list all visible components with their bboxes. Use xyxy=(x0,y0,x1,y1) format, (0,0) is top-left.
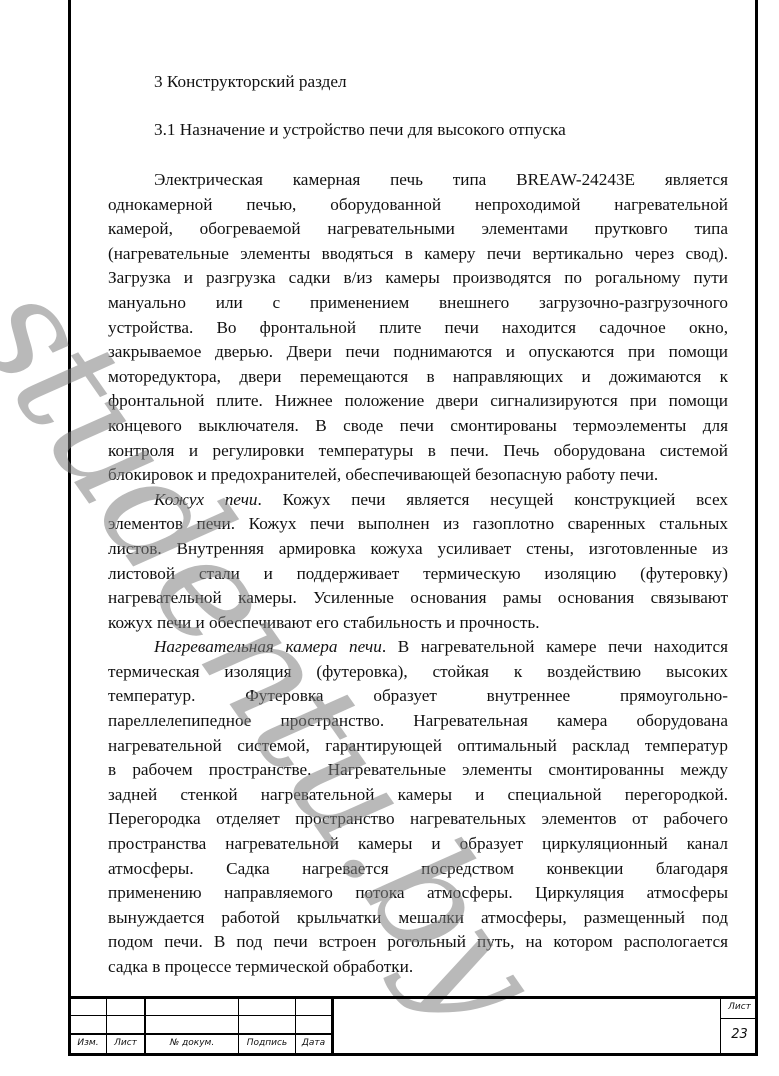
text-line: температур. Футеровка образует внутренне… xyxy=(108,684,728,709)
text-line: применению направляемого потока атмосфер… xyxy=(108,881,728,906)
text-line: садка в процессе термической обработки. xyxy=(108,955,728,980)
text-line: концевого выключателя. В своде печи смон… xyxy=(108,414,728,439)
text-line: листов. Внутренняя армировка кожуха усил… xyxy=(108,537,728,562)
label-sheet: Лист xyxy=(107,1038,144,1048)
text-line: подом печи. В под печи встроен рогольный… xyxy=(108,930,728,955)
frame-border-right xyxy=(755,0,758,1056)
text-line: вынуждается работой крыльчатки мешалки а… xyxy=(108,906,728,931)
text-line: (нагревательные элементы вводяться в кам… xyxy=(108,242,728,267)
text-line: Электрическая камерная печь типа BREAW-2… xyxy=(108,168,728,193)
title-block: Изм. Лист № докум. Подпись Дата Лист 23 xyxy=(68,996,758,1056)
text-line: пространства нагревательной камеры и обр… xyxy=(108,832,728,857)
text-line: фронтальной плите. Нижнее положение двер… xyxy=(108,389,728,414)
text-line: однокамерной печью, оборудованной непрох… xyxy=(108,193,728,218)
text-line: мануально или с применением внешнего заг… xyxy=(108,291,728,316)
text-run: . В нагревательной камере печи находится xyxy=(382,637,728,656)
text-line: нагревательной системой, гарантирующей о… xyxy=(108,734,728,759)
text-run: . Кожух печи является несущей конструкци… xyxy=(258,490,728,509)
label-signature: Подпись xyxy=(239,1038,295,1048)
paragraph-casing: Кожух печи. Кожух печи является несущей … xyxy=(108,488,728,636)
italic-lead: Нагревательная камера печи xyxy=(154,637,382,656)
text-line: листовой стали и поддерживает термическу… xyxy=(108,562,728,587)
text-line: Нагревательная камера печи. В нагревател… xyxy=(108,635,728,660)
title-block-row-line xyxy=(720,1018,758,1019)
text-line: в рабочем пространстве. Нагревательные э… xyxy=(108,758,728,783)
text-line: термическая изоляция (футеровка), стойка… xyxy=(108,660,728,685)
text-line: атмосферы. Садка нагревается посредством… xyxy=(108,857,728,882)
paragraph-intro: Электрическая камерная печь типа BREAW-2… xyxy=(108,168,728,488)
text-line: устройства. Во фронтальной плите печи на… xyxy=(108,316,728,341)
label-change: Изм. xyxy=(70,1038,106,1048)
text-line: блокировок и предохранителей, обеспечива… xyxy=(108,463,728,488)
text-line: пареллелепипедное пространство. Нагреват… xyxy=(108,709,728,734)
text-line: камерой, обогреваемой нагревательными эл… xyxy=(108,217,728,242)
text-line: элементов печи. Кожух печи выполнен из г… xyxy=(108,512,728,537)
text-line: задней стенкой нагревательной камеры и с… xyxy=(108,783,728,808)
text-line: нагревательной камеры. Усиленные основан… xyxy=(108,586,728,611)
text-line: контроля и регулировки температуры в печ… xyxy=(108,439,728,464)
paragraph-heating-chamber: Нагревательная камера печи. В нагревател… xyxy=(108,635,728,979)
section-heading: 3 Конструкторский раздел xyxy=(154,70,347,95)
text-line: моторедуктора, двери перемещаются в напр… xyxy=(108,365,728,390)
italic-lead: Кожух печи xyxy=(154,490,258,509)
label-date: Дата xyxy=(296,1038,331,1048)
title-block-top-border xyxy=(68,996,758,999)
sheet-number: 23 xyxy=(721,1027,758,1042)
frame-border-left xyxy=(68,0,71,1056)
text-line: кожух печи и обеспечивают его стабильнос… xyxy=(108,611,728,636)
title-block-divider xyxy=(331,996,334,1056)
sheet-label: Лист xyxy=(721,1002,758,1012)
text-line: Перегородка отделяет пространство нагрев… xyxy=(108,807,728,832)
text-line: закрываемое дверью. Двери печи поднимают… xyxy=(108,340,728,365)
text-line: Кожух печи. Кожух печи является несущей … xyxy=(108,488,728,513)
title-block-row-line xyxy=(68,1033,332,1035)
title-block-row-line xyxy=(68,1015,332,1016)
label-doc-number: № докум. xyxy=(146,1038,238,1048)
body-text: Электрическая камерная печь типа BREAW-2… xyxy=(108,168,728,980)
subsection-heading: 3.1 Назначение и устройство печи для выс… xyxy=(154,118,566,143)
text-line: Загрузка и разгрузка садки в/из камеры п… xyxy=(108,266,728,291)
